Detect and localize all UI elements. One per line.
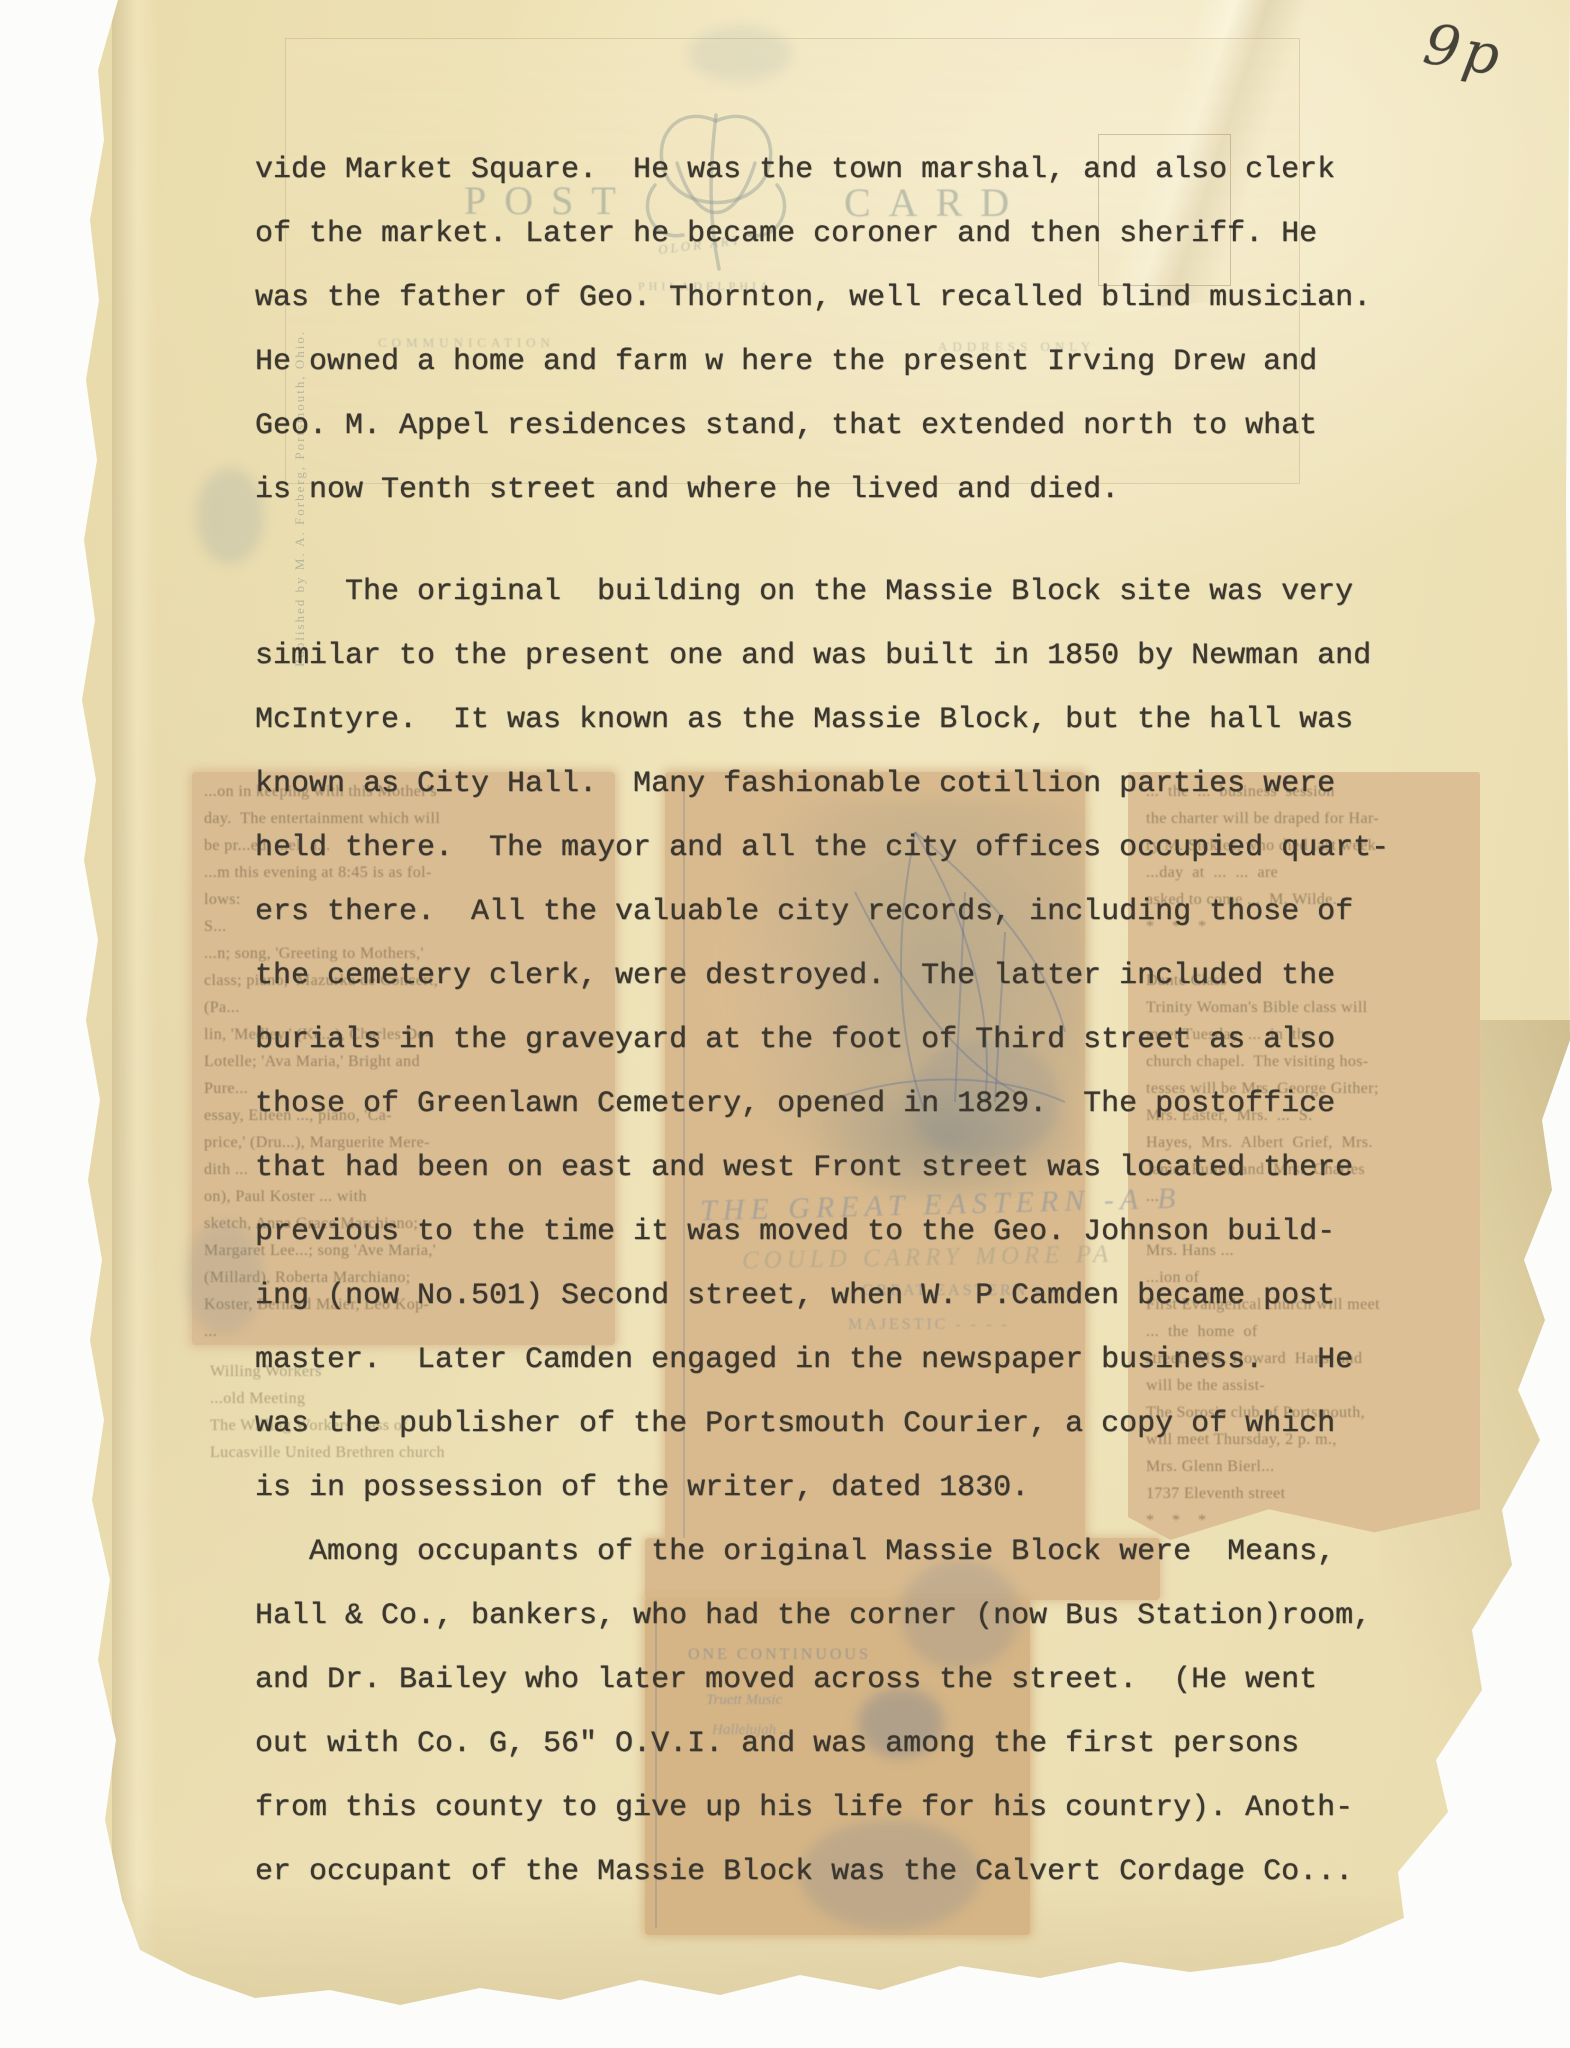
red-pencil-speck (176, 2000, 192, 2007)
ink-smudge (186, 1222, 262, 1334)
text-line: McIntyre. It was known as the Massie Blo… (255, 688, 1389, 752)
paragraph-1: vide Market Square. He was the town mars… (255, 138, 1389, 522)
text-line: Geo. M. Appel residences stand, that ext… (255, 394, 1389, 458)
text-line: that had been on east and west Front str… (255, 1136, 1389, 1200)
text-line: known as City Hall. Many fashionable cot… (255, 752, 1389, 816)
red-pencil-speck (151, 1987, 158, 1991)
text-line: Hall & Co., bankers, who had the corner … (255, 1584, 1389, 1648)
text-line: those of Greenlawn Cemetery, opened in 1… (255, 1072, 1389, 1136)
handwritten-page-mark: 9p (1419, 12, 1509, 90)
paragraph-2: The original building on the Massie Bloc… (255, 560, 1389, 1520)
text-line: and Dr. Bailey who later moved across th… (255, 1648, 1389, 1712)
paragraph-3: Among occupants of the original Massie B… (255, 1520, 1389, 1904)
text-line: was the father of Geo. Thornton, well re… (255, 266, 1389, 330)
typed-text: vide Market Square. He was the town mars… (255, 138, 1389, 1904)
text-line: vide Market Square. He was the town mars… (255, 138, 1389, 202)
text-line: er occupant of the Massie Block was the … (255, 1840, 1389, 1904)
text-line: ers there. All the valuable city records… (255, 880, 1389, 944)
red-pencil-speck (196, 2012, 202, 2016)
ink-smudge (688, 26, 792, 82)
text-line: is in possession of the writer, dated 18… (255, 1456, 1389, 1520)
left-fold-shadow (112, 0, 158, 2048)
text-line: ing (now No.501) Second street, when W. … (255, 1264, 1389, 1328)
text-line: from this county to give up his life for… (255, 1776, 1389, 1840)
paper-sheet: POST CARD OLOR ART PHILADELPHIA COMMUNIC… (0, 0, 1570, 2048)
text-line: The original building on the Massie Bloc… (255, 560, 1389, 624)
text-line: of the market. Later he became coroner a… (255, 202, 1389, 266)
text-line: was the publisher of the Portsmouth Cour… (255, 1392, 1389, 1456)
text-line: held there. The mayor and all the city o… (255, 816, 1389, 880)
text-line: previous to the time it was moved to the… (255, 1200, 1389, 1264)
text-line: master. Later Camden engaged in the news… (255, 1328, 1389, 1392)
text-line: Among occupants of the original Massie B… (255, 1520, 1389, 1584)
text-line: the cemetery clerk, were destroyed. The … (255, 944, 1389, 1008)
text-line: burials in the graveyard at the foot of … (255, 1008, 1389, 1072)
scanned-document-page: POST CARD OLOR ART PHILADELPHIA COMMUNIC… (0, 0, 1570, 2048)
text-line: similar to the present one and was built… (255, 624, 1389, 688)
ink-smudge (196, 468, 264, 564)
text-line: out with Co. G, 56" O.V.I. and was among… (255, 1712, 1389, 1776)
text-line: is now Tenth street and where he lived a… (255, 458, 1389, 522)
text-line: He owned a home and farm w here the pres… (255, 330, 1389, 394)
